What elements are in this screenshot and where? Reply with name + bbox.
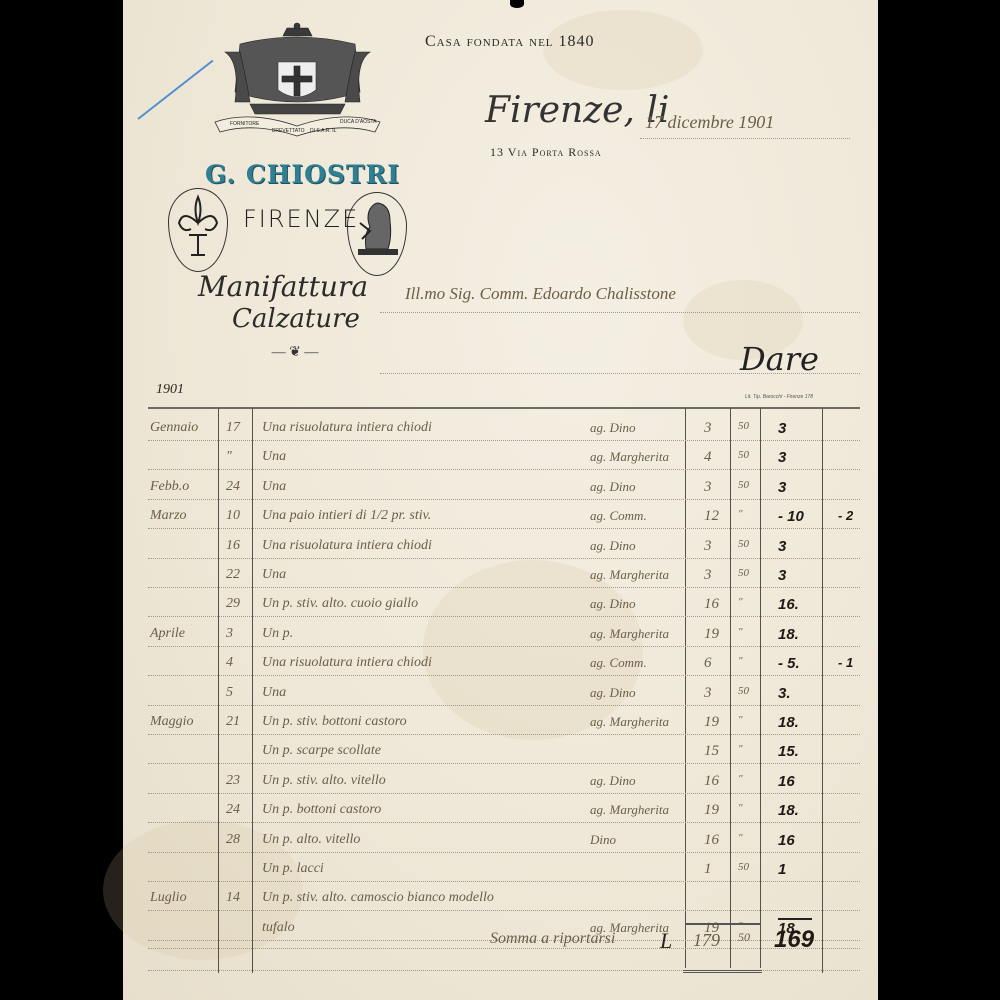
city-heading: FIRENZE bbox=[243, 205, 359, 233]
row-rule bbox=[148, 910, 860, 911]
row-lire: 3 bbox=[704, 567, 712, 584]
row-detail: ag. Margherita bbox=[590, 802, 669, 818]
row-detail: ag. Dino bbox=[590, 596, 636, 612]
row-description: Un p. lacci bbox=[262, 861, 324, 877]
row-description: Un p. alto. vitello bbox=[262, 832, 360, 848]
row-description: Un p. stiv. bottoni castoro bbox=[262, 714, 407, 730]
row-cent: 50 bbox=[738, 538, 749, 550]
row-paid: 18. bbox=[778, 626, 799, 643]
row-lire: 3 bbox=[704, 420, 712, 437]
row-lire: 19 bbox=[704, 802, 719, 819]
row-detail: ag. Dino bbox=[590, 773, 636, 789]
row-rule bbox=[148, 528, 860, 529]
row-description: Una risuolatura intiera chiodi bbox=[262, 538, 432, 554]
row-detail: ag. Margherita bbox=[590, 449, 669, 465]
row-cent: " bbox=[738, 655, 743, 667]
row-cent: 50 bbox=[738, 479, 749, 491]
row-paid: 3 bbox=[778, 567, 786, 584]
row-day: 10 bbox=[226, 508, 240, 524]
row-cent: " bbox=[738, 596, 743, 608]
total-box-bottom bbox=[683, 970, 762, 973]
row-cent: " bbox=[738, 714, 743, 726]
col-divider-cent bbox=[730, 408, 731, 968]
row-description: Un p. bbox=[262, 626, 293, 642]
row-day: 24 bbox=[226, 802, 240, 818]
row-lire: 19 bbox=[704, 714, 719, 731]
row-paid: 3 bbox=[778, 538, 786, 555]
row-paid: 16. bbox=[778, 596, 799, 613]
row-paid: 16 bbox=[778, 832, 795, 849]
total-label: Somma a riportarsi bbox=[490, 930, 615, 948]
row-day: 14 bbox=[226, 890, 240, 906]
total-paid: 169 bbox=[774, 926, 814, 954]
row-cent: 50 bbox=[738, 567, 749, 579]
row-rule bbox=[148, 881, 860, 882]
company-name: G. CHIOSTRI bbox=[205, 160, 400, 189]
row-paid: 16 bbox=[778, 773, 795, 790]
row-cent: 50 bbox=[738, 449, 749, 461]
founded-line: Casa fondata nel 1840 bbox=[425, 33, 595, 51]
col-divider-day bbox=[252, 408, 253, 973]
total-lire: 179 bbox=[693, 930, 720, 951]
total-currency: L bbox=[660, 928, 672, 954]
row-description: Una bbox=[262, 567, 286, 583]
row-lire: 19 bbox=[704, 626, 719, 643]
row-lire: 15 bbox=[704, 743, 719, 760]
row-lire: 4 bbox=[704, 449, 712, 466]
row-cent: 50 bbox=[738, 685, 749, 697]
trade-line-1: Manifattura bbox=[198, 270, 368, 303]
row-lire: 16 bbox=[704, 773, 719, 790]
trade-line-2: Calzature bbox=[232, 304, 360, 334]
row-day: 28 bbox=[226, 832, 240, 848]
row-lire: 3 bbox=[704, 538, 712, 555]
paper-tear bbox=[510, 0, 524, 8]
row-description: Un p. stiv. alto. cuoio giallo bbox=[262, 596, 418, 612]
row-month: Febb.o bbox=[150, 479, 189, 495]
recipient-name: Ill.mo Sig. Comm. Edoardo Chalisstone bbox=[405, 284, 676, 304]
row-cent: " bbox=[738, 508, 743, 520]
row-paid: - 5. bbox=[778, 655, 800, 672]
col-divider-lire bbox=[685, 408, 686, 968]
row-lire: 6 bbox=[704, 655, 712, 672]
row-month: Marzo bbox=[150, 508, 187, 524]
row-month: Gennaio bbox=[150, 420, 198, 436]
row-day: 21 bbox=[226, 714, 240, 730]
total-underline bbox=[778, 918, 812, 920]
row-rule bbox=[148, 734, 860, 735]
row-rule bbox=[148, 616, 860, 617]
svg-text:DI S.A.R. IL: DI S.A.R. IL bbox=[310, 128, 337, 134]
row-detail: ag. Dino bbox=[590, 538, 636, 554]
row-rule bbox=[148, 852, 860, 853]
row-lire: 3 bbox=[704, 685, 712, 702]
row-lire: 12 bbox=[704, 508, 719, 525]
row-paid: 15. bbox=[778, 743, 799, 760]
date-rule bbox=[640, 138, 850, 139]
row-day: 24 bbox=[226, 479, 240, 495]
row-day: 23 bbox=[226, 773, 240, 789]
ornament-flourish-icon: — ❦ — bbox=[262, 348, 328, 358]
row-day: 29 bbox=[226, 596, 240, 612]
row-adjustment: - 1 bbox=[838, 655, 853, 670]
row-cent: 50 bbox=[738, 420, 749, 432]
row-rule bbox=[148, 948, 860, 949]
row-day: 3 bbox=[226, 626, 233, 642]
row-detail: ag. Margherita bbox=[590, 567, 669, 583]
row-rule bbox=[148, 763, 860, 764]
col-divider-paid bbox=[760, 408, 761, 968]
row-rule bbox=[148, 440, 860, 441]
row-lire: 16 bbox=[704, 596, 719, 613]
svg-text:BREVETTATO: BREVETTATO bbox=[272, 128, 305, 134]
row-paid: - 10 bbox=[778, 508, 804, 525]
row-description: Una risuolatura intiera chiodi bbox=[262, 420, 432, 436]
row-rule bbox=[148, 675, 860, 676]
row-cent: " bbox=[738, 832, 743, 844]
invoice-date: 17 dicembre 1901 bbox=[645, 112, 774, 133]
row-rule bbox=[148, 469, 860, 470]
row-rule bbox=[148, 558, 860, 559]
royal-crest-icon: FORNITORE BREVETTATO DI S.A.R. IL DUCA D… bbox=[210, 22, 385, 142]
row-day: " bbox=[226, 449, 232, 465]
row-month: Luglio bbox=[150, 890, 187, 906]
ledger-year: 1901 bbox=[156, 382, 184, 398]
row-rule bbox=[148, 587, 860, 588]
total-box-top bbox=[685, 923, 760, 925]
row-rule bbox=[148, 705, 860, 706]
row-adjustment: - 2 bbox=[838, 508, 853, 523]
svg-text:DUCA D'AOSTA: DUCA D'AOSTA bbox=[340, 119, 377, 125]
row-description: Un p. stiv. alto. camoscio bianco modell… bbox=[262, 890, 494, 906]
row-lire: 16 bbox=[704, 832, 719, 849]
fleur-de-lis-shield-icon bbox=[168, 188, 228, 272]
row-paid: 3 bbox=[778, 479, 786, 496]
row-paid: 3. bbox=[778, 685, 791, 702]
row-rule bbox=[148, 646, 860, 647]
printer-mark: Lit. Tip. Barocchi - Firenze 178 bbox=[745, 394, 813, 400]
row-rule bbox=[148, 499, 860, 500]
row-detail: ag. Margherita bbox=[590, 626, 669, 642]
row-paid: 1 bbox=[778, 861, 786, 878]
row-cent: " bbox=[738, 743, 743, 755]
row-detail: ag. Comm. bbox=[590, 508, 647, 524]
row-day: 22 bbox=[226, 567, 240, 583]
dare-rule bbox=[380, 373, 860, 374]
svg-text:FORNITORE: FORNITORE bbox=[230, 121, 260, 127]
row-description: tufalo bbox=[262, 920, 295, 936]
row-detail: ag. Dino bbox=[590, 420, 636, 436]
address-line: 13 Via Porta Rossa bbox=[490, 145, 602, 160]
row-cent: " bbox=[738, 773, 743, 785]
row-detail: ag. Dino bbox=[590, 685, 636, 701]
row-day: 4 bbox=[226, 655, 233, 671]
place-date-printed: Firenze, li bbox=[485, 90, 669, 131]
row-paid: 3 bbox=[778, 420, 786, 437]
row-paid: 18. bbox=[778, 802, 799, 819]
recipient-rule bbox=[380, 312, 860, 313]
row-rule bbox=[148, 793, 860, 794]
row-detail: ag. Comm. bbox=[590, 655, 647, 671]
row-day: 5 bbox=[226, 685, 233, 701]
table-top-rule bbox=[148, 407, 860, 409]
row-month: Aprile bbox=[150, 626, 185, 642]
row-description: Un p. stiv. alto. vitello bbox=[262, 773, 386, 789]
row-day: 16 bbox=[226, 538, 240, 554]
row-lire: 1 bbox=[704, 861, 712, 878]
row-description: Un p. bottoni castoro bbox=[262, 802, 381, 818]
row-detail: ag. Margherita bbox=[590, 714, 669, 730]
row-description: Una bbox=[262, 479, 286, 495]
row-description: Un p. scarpe scollate bbox=[262, 743, 381, 759]
row-paid: 18. bbox=[778, 714, 799, 731]
row-detail: Dino bbox=[590, 832, 616, 848]
row-detail: ag. Dino bbox=[590, 479, 636, 495]
row-description: Una risuolatura intiera chiodi bbox=[262, 655, 432, 671]
row-month: Maggio bbox=[150, 714, 194, 730]
row-description: Una bbox=[262, 685, 286, 701]
col-divider-month bbox=[218, 408, 219, 973]
row-cent: " bbox=[738, 626, 743, 638]
row-lire: 3 bbox=[704, 479, 712, 496]
row-paid: 3 bbox=[778, 449, 786, 466]
row-cent: 50 bbox=[738, 861, 749, 873]
col-divider-adj bbox=[822, 408, 823, 973]
row-rule bbox=[148, 822, 860, 823]
row-description: Una paio intieri di 1/2 pr. stiv. bbox=[262, 508, 431, 524]
total-cent: 50 bbox=[738, 930, 750, 945]
row-description: Una bbox=[262, 449, 286, 465]
row-cent: " bbox=[738, 802, 743, 814]
row-day: 17 bbox=[226, 420, 240, 436]
